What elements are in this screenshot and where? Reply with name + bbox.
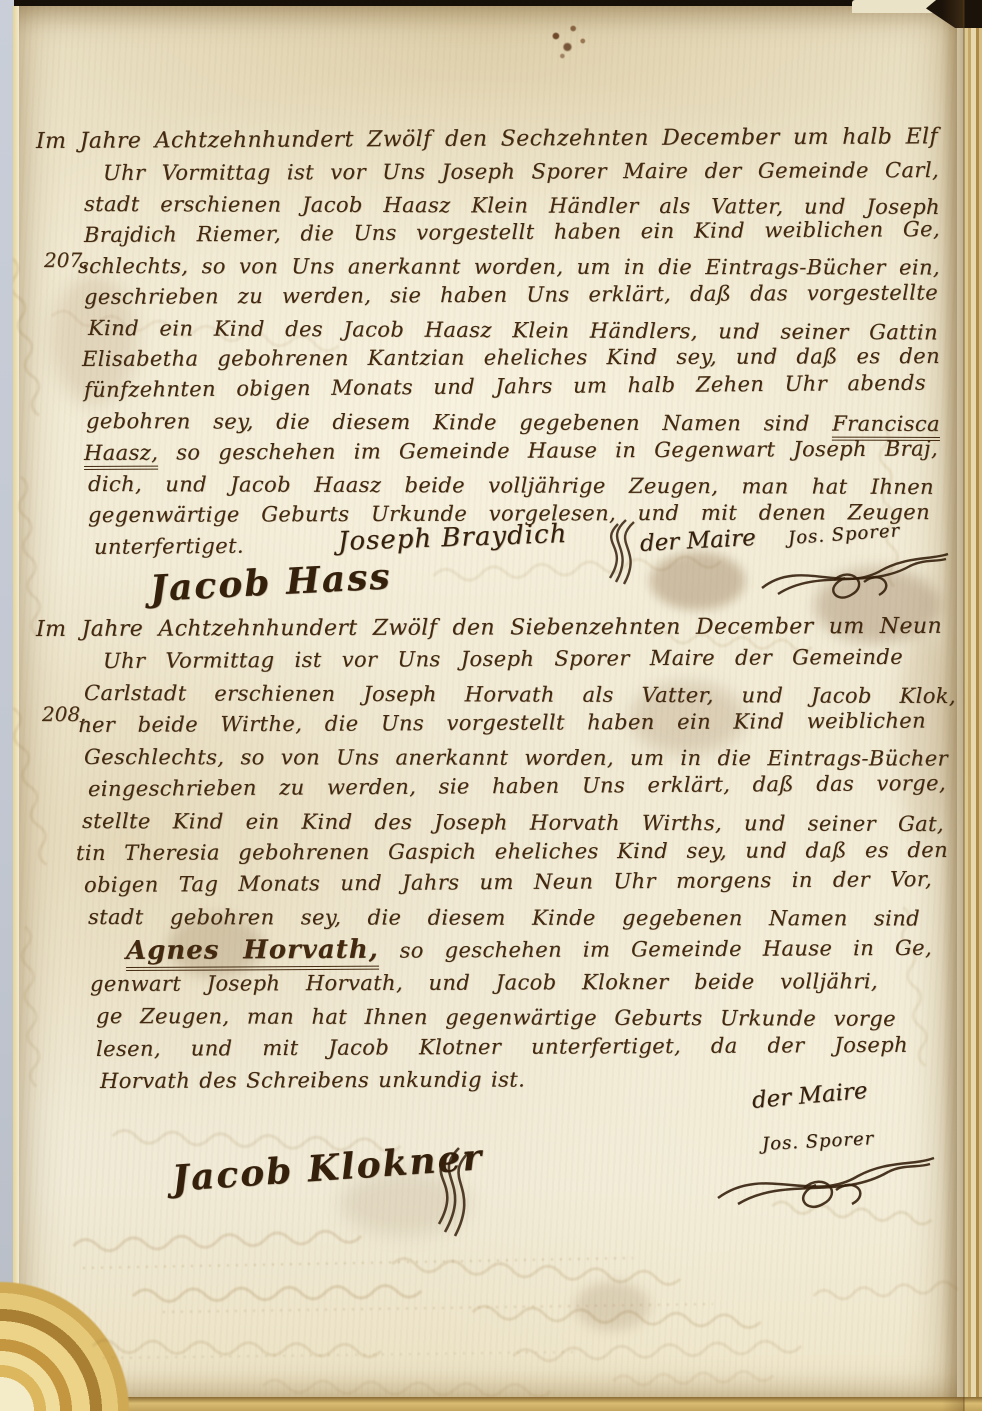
manuscript-line: Im Jahre Achtzehnhundert Zwölf den Sechz… (36, 125, 938, 153)
line-text: so geschehen im Gemeinde Hause in Gegenw… (158, 437, 938, 465)
manuscript-line: ner beide Wirthe, die Uns vorgestellt ha… (78, 710, 926, 736)
manuscript-line: tin Theresia gebohrenen Gaspich eheliche… (76, 839, 948, 864)
name-underlined-haasz: Haasz, (84, 441, 158, 470)
manuscript-line: Geschlechts, so von Uns anerkannt worden… (84, 746, 948, 770)
register-page-scan: 207. Im Jahre Achtzehnhundert Zwölf den … (0, 0, 982, 1411)
page-fold-line (963, 0, 965, 1411)
manuscript-line: eingeschrieben zu werden, sie haben Uns … (88, 772, 946, 800)
manuscript-line: Elisabetha gebohrenen Kantzian eheliches… (82, 345, 940, 370)
manuscript-line: stadt gebohren sey, die diesem Kinde geg… (88, 906, 920, 929)
page-edge-top-tab (852, 0, 940, 13)
manuscript-line: dich, und Jacob Haasz beide volljährige … (88, 473, 934, 498)
manuscript-line: Carlstadt erschienen Joseph Horvath als … (84, 682, 956, 707)
manuscript-line: Haasz, so geschehen im Gemeinde Hause in… (84, 438, 938, 465)
manuscript-line: unterfertiget. (94, 534, 344, 558)
line-text: so geschehen im Gemeinde Hause in Ge, (379, 936, 932, 963)
manuscript-line: Uhr Vormittag ist vor Uns Joseph Sporer … (103, 646, 903, 672)
name-underlined-agnes-horvath: Agnes Horvath, (126, 935, 379, 971)
manuscript-line: lesen, und mit Jacob Klotner unterfertig… (96, 1034, 908, 1060)
page-edge-gilt-left (13, 6, 19, 1399)
manuscript-line: ge Zeugen, man hat Ihnen gegenwärtige Ge… (96, 1005, 896, 1030)
manuscript-line: Brajdich Riemer, die Uns vorgestellt hab… (84, 218, 940, 246)
manuscript-line: stellte Kind ein Kind des Joseph Horvath… (82, 810, 944, 835)
page-edge-left-backing (0, 0, 14, 1411)
manuscript-line: genwart Joseph Horvath, und Jacob Klokne… (90, 970, 878, 995)
manuscript-line: geschrieben zu werden, sie haben Uns erk… (84, 282, 938, 309)
page-stack-corner-gold (0, 1248, 132, 1411)
manuscript-line: gebohren sey, die diesem Kinde gegebenen… (86, 410, 940, 435)
manuscript-line: Uhr Vormittag ist vor Uns Joseph Sporer … (103, 159, 939, 184)
manuscript-line: Im Jahre Achtzehnhundert Zwölf den Siebe… (36, 615, 942, 641)
manuscript-line: obigen Tag Monats und Jahrs um Neun Uhr … (84, 868, 932, 896)
manuscript-line: Horvath des Schreibens unkundig ist. (100, 1068, 530, 1092)
manuscript-line: stadt erschienen Jacob Haasz Klein Händl… (84, 193, 940, 218)
line-text: gebohren sey, die diesem Kinde gegebenen… (86, 409, 832, 436)
manuscript-line: schlechts, so von Uns anerkannt worden, … (78, 255, 940, 279)
page-stack-bottom (13, 1397, 982, 1411)
manuscript-line: Kind ein Kind des Jacob Haasz Klein Händ… (88, 317, 938, 343)
manuscript-line: Agnes Horvath, so geschehen im Gemeinde … (126, 934, 932, 966)
